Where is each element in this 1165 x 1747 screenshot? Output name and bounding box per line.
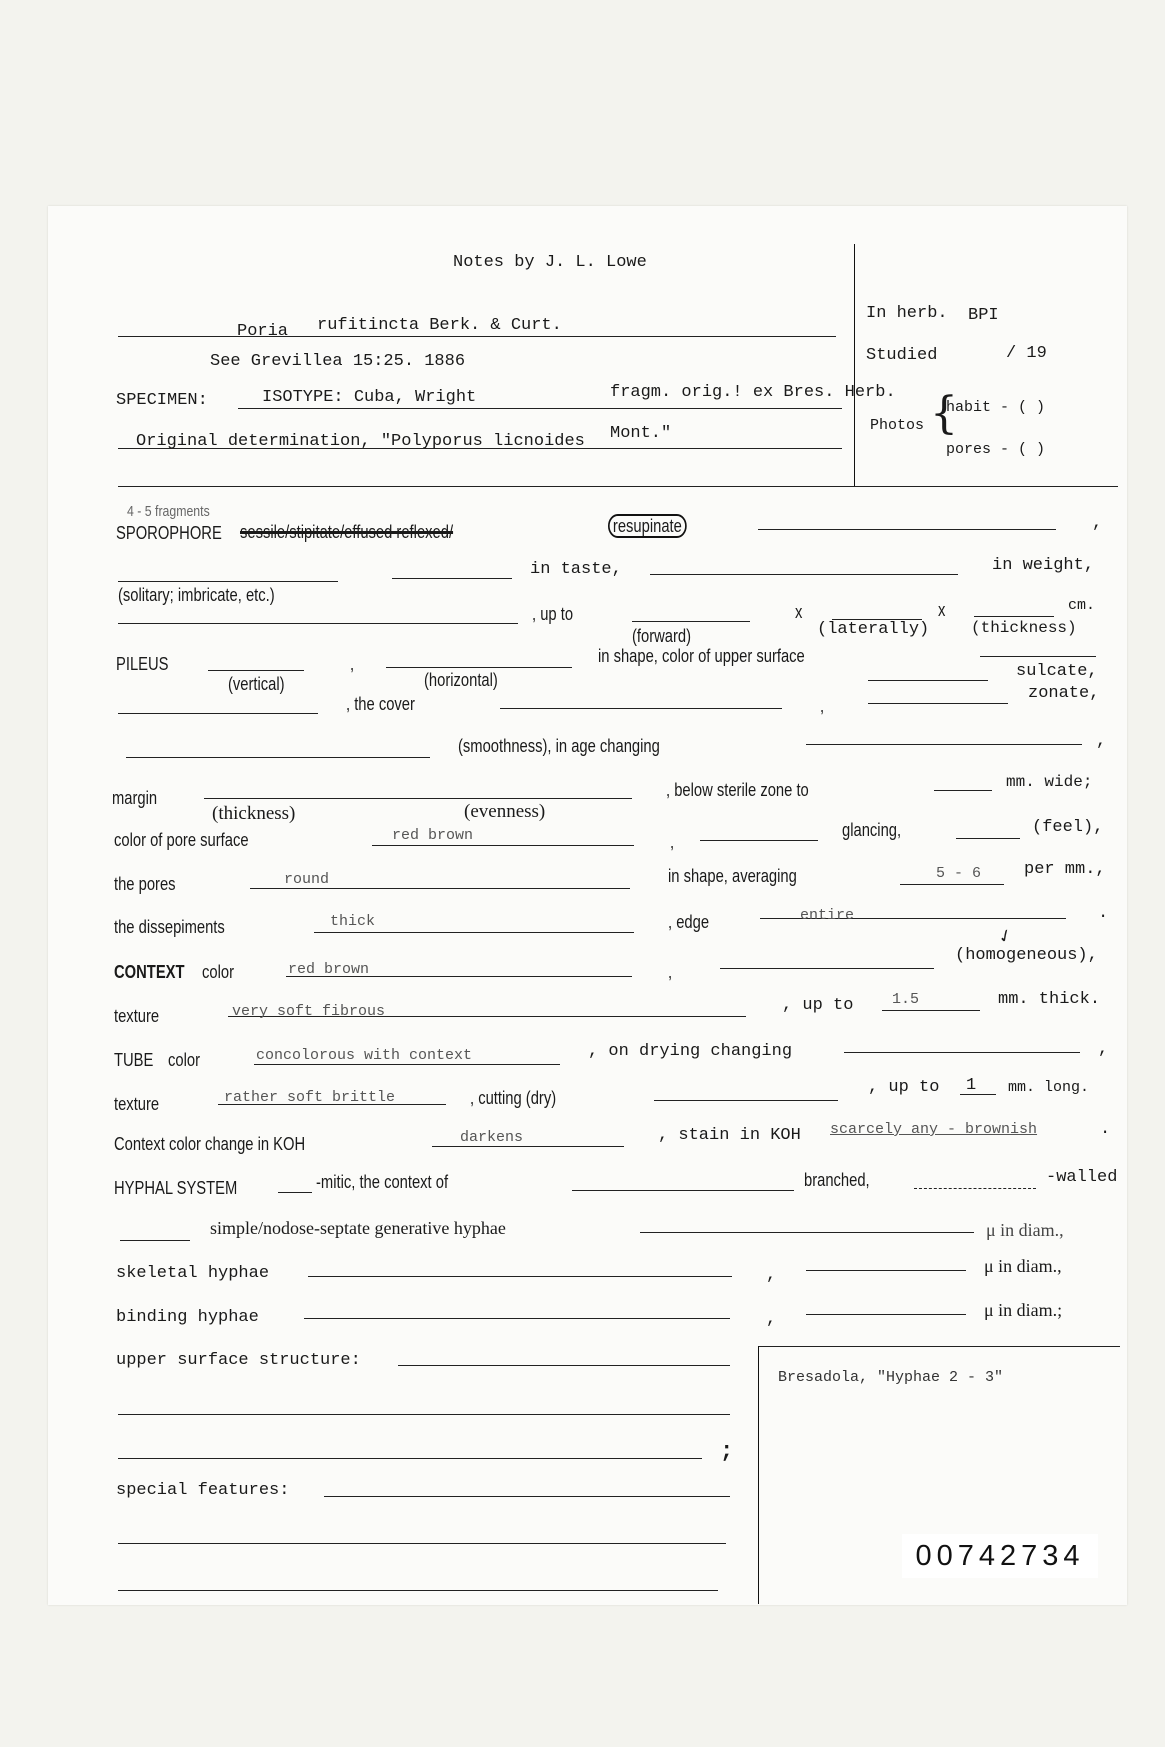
edge-value[interactable]: entire bbox=[800, 906, 854, 926]
binding-label: binding hyphae bbox=[116, 1308, 259, 1328]
blank bbox=[118, 713, 318, 714]
cover-blank bbox=[500, 708, 782, 709]
averaging-line bbox=[900, 884, 1004, 885]
specimen-line bbox=[238, 408, 842, 409]
stain-value[interactable]: scarcely any - brownish bbox=[830, 1120, 1037, 1140]
photo-habit: habit - ( ) bbox=[946, 398, 1045, 418]
sterile-blank bbox=[934, 790, 992, 791]
studied-label: Studied bbox=[866, 346, 937, 366]
upper-surface-blank bbox=[398, 1365, 730, 1366]
period: . bbox=[1100, 1120, 1110, 1140]
specimen-note: fragm. orig.! ex Bres. Herb. bbox=[610, 383, 896, 403]
context-blank bbox=[720, 968, 934, 969]
name-line bbox=[118, 336, 836, 337]
notes-box-left bbox=[758, 1346, 759, 1604]
age-blank bbox=[806, 744, 1082, 745]
sterile-label: , below sterile zone to bbox=[666, 780, 809, 800]
shape-color-label: in shape, color of upper surface bbox=[598, 646, 805, 666]
species: rufitincta Berk. & Curt. bbox=[317, 316, 562, 336]
zonate-label: zonate, bbox=[1028, 684, 1099, 704]
x2: x bbox=[938, 600, 945, 620]
comma: , bbox=[668, 962, 672, 982]
comma: , bbox=[766, 1310, 776, 1330]
sulcate-blank bbox=[868, 680, 988, 681]
sporophore-selected: resupinate bbox=[608, 514, 687, 538]
koh-label: Context color change in KOH bbox=[114, 1134, 305, 1154]
forward-hint: (forward) bbox=[632, 626, 691, 646]
margin-blank bbox=[204, 798, 632, 799]
specimen-value: ISOTYPE: Cuba, Wright bbox=[262, 388, 476, 408]
pore-color-label: color of pore surface bbox=[114, 830, 249, 850]
mitic-blank bbox=[278, 1192, 312, 1193]
comma: , bbox=[820, 696, 824, 716]
context-thick-line bbox=[882, 1010, 980, 1011]
laterally-hint: (laterally) bbox=[817, 620, 929, 640]
original-determination: Original determination, "Polyporus licno… bbox=[136, 432, 585, 452]
feel-blank bbox=[956, 838, 1020, 839]
genus: Poria bbox=[237, 322, 288, 342]
upper-surface-label: upper surface structure: bbox=[116, 1351, 361, 1371]
comma: , bbox=[670, 832, 674, 852]
color-blank bbox=[980, 656, 1096, 657]
blank bbox=[650, 574, 958, 575]
thickness-hint: (thickness) bbox=[971, 618, 1077, 638]
header-bottom-rule bbox=[118, 486, 1118, 487]
determination-author: Mont." bbox=[610, 424, 671, 444]
tube-label: TUBE bbox=[114, 1050, 153, 1070]
photo-pores: pores - ( ) bbox=[946, 440, 1045, 460]
branched-label: branched, bbox=[804, 1170, 870, 1190]
horizontal-hint: (horizontal) bbox=[424, 670, 498, 690]
in-herb-label: In herb. bbox=[866, 304, 948, 324]
notes-box-top bbox=[758, 1346, 1120, 1347]
x1: x bbox=[795, 602, 802, 622]
photos-label: Photos bbox=[870, 416, 924, 436]
per-mm-label: per mm., bbox=[1024, 860, 1106, 880]
mitic-label: -mitic, the context of bbox=[316, 1172, 448, 1192]
context-texture-label: texture bbox=[114, 1006, 159, 1026]
thickness-hint: (thickness) bbox=[212, 804, 295, 824]
upper-surface-blank-3 bbox=[118, 1458, 702, 1459]
comma: , bbox=[1092, 514, 1102, 534]
homogeneous-label: (homogeneous), bbox=[955, 946, 1098, 966]
context-thick-value[interactable]: 1.5 bbox=[892, 990, 919, 1010]
reference: See Grevillea 15:25. 1886 bbox=[210, 352, 465, 372]
comma: , bbox=[766, 1266, 776, 1286]
shape-averaging-label: in shape, averaging bbox=[668, 866, 797, 886]
pores-label: the pores bbox=[114, 874, 176, 894]
sporophore-blank bbox=[758, 529, 1056, 530]
pores-value[interactable]: round bbox=[284, 870, 329, 890]
sporophore-label: SPOROPHORE bbox=[116, 523, 222, 543]
sporophore-note: 4 - 5 fragments bbox=[127, 502, 210, 522]
dissepiments-value[interactable]: thick bbox=[330, 912, 375, 932]
the-cover-label: , the cover bbox=[346, 694, 415, 714]
smoothness-label: (smoothness), in age changing bbox=[458, 736, 660, 756]
vertical-hint: (vertical) bbox=[228, 674, 285, 694]
stain-label: , stain in KOH bbox=[658, 1126, 801, 1146]
skeletal-diam-blank bbox=[806, 1270, 966, 1271]
walled-blank bbox=[914, 1188, 1036, 1189]
comma: , bbox=[350, 654, 354, 674]
koh-value[interactable]: darkens bbox=[460, 1128, 523, 1148]
walled-label: -walled bbox=[1046, 1168, 1117, 1188]
edge-label: , edge bbox=[668, 912, 709, 932]
skeletal-blank bbox=[308, 1276, 732, 1277]
evenness-hint: (evenness) bbox=[464, 802, 545, 822]
context-texture-value[interactable]: very soft fibrous bbox=[232, 1002, 385, 1022]
diam3-label: μ in diam.; bbox=[984, 1300, 1062, 1320]
pileus-label: PILEUS bbox=[116, 654, 169, 674]
tube-color-value[interactable]: concolorous with context bbox=[256, 1046, 472, 1066]
taste-label: in taste, bbox=[530, 560, 622, 580]
generative-blank bbox=[640, 1232, 974, 1233]
forward-blank bbox=[632, 621, 750, 622]
hyphal-label: HYPHAL SYSTEM bbox=[114, 1178, 237, 1198]
septate-blank bbox=[120, 1240, 190, 1241]
vertical-blank bbox=[208, 670, 304, 671]
special-blank bbox=[324, 1496, 730, 1497]
horizontal-blank bbox=[386, 667, 572, 668]
special-features-label: special features: bbox=[116, 1481, 289, 1501]
semicolon: ; bbox=[720, 1442, 733, 1462]
cm-label: cm. bbox=[1068, 596, 1095, 616]
binding-diam-blank bbox=[806, 1314, 966, 1315]
context-label: CONTEXT bbox=[114, 962, 185, 982]
catalog-number: 00742734 bbox=[902, 1534, 1098, 1578]
pore-color-value[interactable]: red brown bbox=[392, 826, 473, 846]
drying-blank bbox=[844, 1052, 1080, 1053]
weight-label: in weight, bbox=[992, 556, 1094, 576]
septate-label: simple/nodose-septate generative hyphae bbox=[210, 1218, 506, 1238]
context-color-value[interactable]: red brown bbox=[288, 960, 369, 980]
form-title: Notes by J. L. Lowe bbox=[453, 253, 647, 273]
blank bbox=[118, 581, 338, 582]
cutting-blank bbox=[654, 1100, 838, 1101]
margin-label: margin bbox=[112, 788, 157, 808]
mm-wide-label: mm. wide; bbox=[1006, 772, 1092, 792]
up-to-label: , up to bbox=[532, 604, 573, 624]
blank bbox=[392, 578, 512, 579]
sporophore-struck-options: sessile/stipitate/effused reflexed/ bbox=[240, 522, 453, 542]
solitary-hint: (solitary; imbricate, etc.) bbox=[118, 585, 275, 605]
period: . bbox=[1098, 904, 1108, 924]
notes-box-text: Bresadola, "Hyphae 2 - 3″ bbox=[778, 1368, 1003, 1388]
zonate-blank bbox=[868, 703, 1008, 704]
studied-value: / 19 bbox=[1006, 344, 1047, 364]
sulcate-label: sulcate, bbox=[1016, 662, 1098, 682]
tube-color-label: color bbox=[168, 1050, 200, 1070]
thickness-blank bbox=[974, 616, 1054, 617]
blank bbox=[118, 623, 518, 624]
binding-blank bbox=[304, 1318, 730, 1319]
mm-thick-label: mm. thick. bbox=[998, 990, 1100, 1010]
special-blank-3 bbox=[118, 1590, 718, 1591]
averaging-value[interactable]: 5 - 6 bbox=[936, 864, 981, 884]
glancing-blank bbox=[700, 840, 818, 841]
smoothness-blank bbox=[126, 757, 430, 758]
tube-up-to-label: , up to bbox=[868, 1078, 939, 1098]
sidebox-divider bbox=[854, 244, 855, 486]
specimen-label: SPECIMEN: bbox=[116, 391, 208, 411]
comma: , bbox=[1098, 1040, 1108, 1060]
tube-texture-value[interactable]: rather soft brittle bbox=[224, 1088, 395, 1108]
diam1-label: μ in diam., bbox=[986, 1220, 1064, 1240]
cutting-label: , cutting (dry) bbox=[470, 1088, 556, 1108]
dissepiments-label: the dissepiments bbox=[114, 917, 225, 937]
in-herb-value: BPI bbox=[968, 306, 999, 326]
glancing-label: glancing, bbox=[842, 820, 901, 840]
context-of-blank bbox=[572, 1190, 794, 1191]
comma: , bbox=[1096, 732, 1106, 752]
dissepiments-line bbox=[314, 932, 634, 933]
tube-long-value[interactable]: 1 bbox=[966, 1076, 976, 1096]
tube-texture-label: texture bbox=[114, 1094, 159, 1114]
skeletal-label: skeletal hyphae bbox=[116, 1264, 269, 1284]
context-color-label: color bbox=[202, 962, 234, 982]
context-up-to-label: , up to bbox=[782, 996, 853, 1016]
diam2-label: μ in diam., bbox=[984, 1256, 1062, 1276]
feel-label: (feel), bbox=[1032, 818, 1103, 838]
special-blank-2 bbox=[118, 1543, 726, 1544]
drying-label: , on drying changing bbox=[588, 1042, 792, 1062]
upper-surface-blank-2 bbox=[118, 1414, 730, 1415]
mm-long-label: mm. long. bbox=[1008, 1078, 1089, 1098]
